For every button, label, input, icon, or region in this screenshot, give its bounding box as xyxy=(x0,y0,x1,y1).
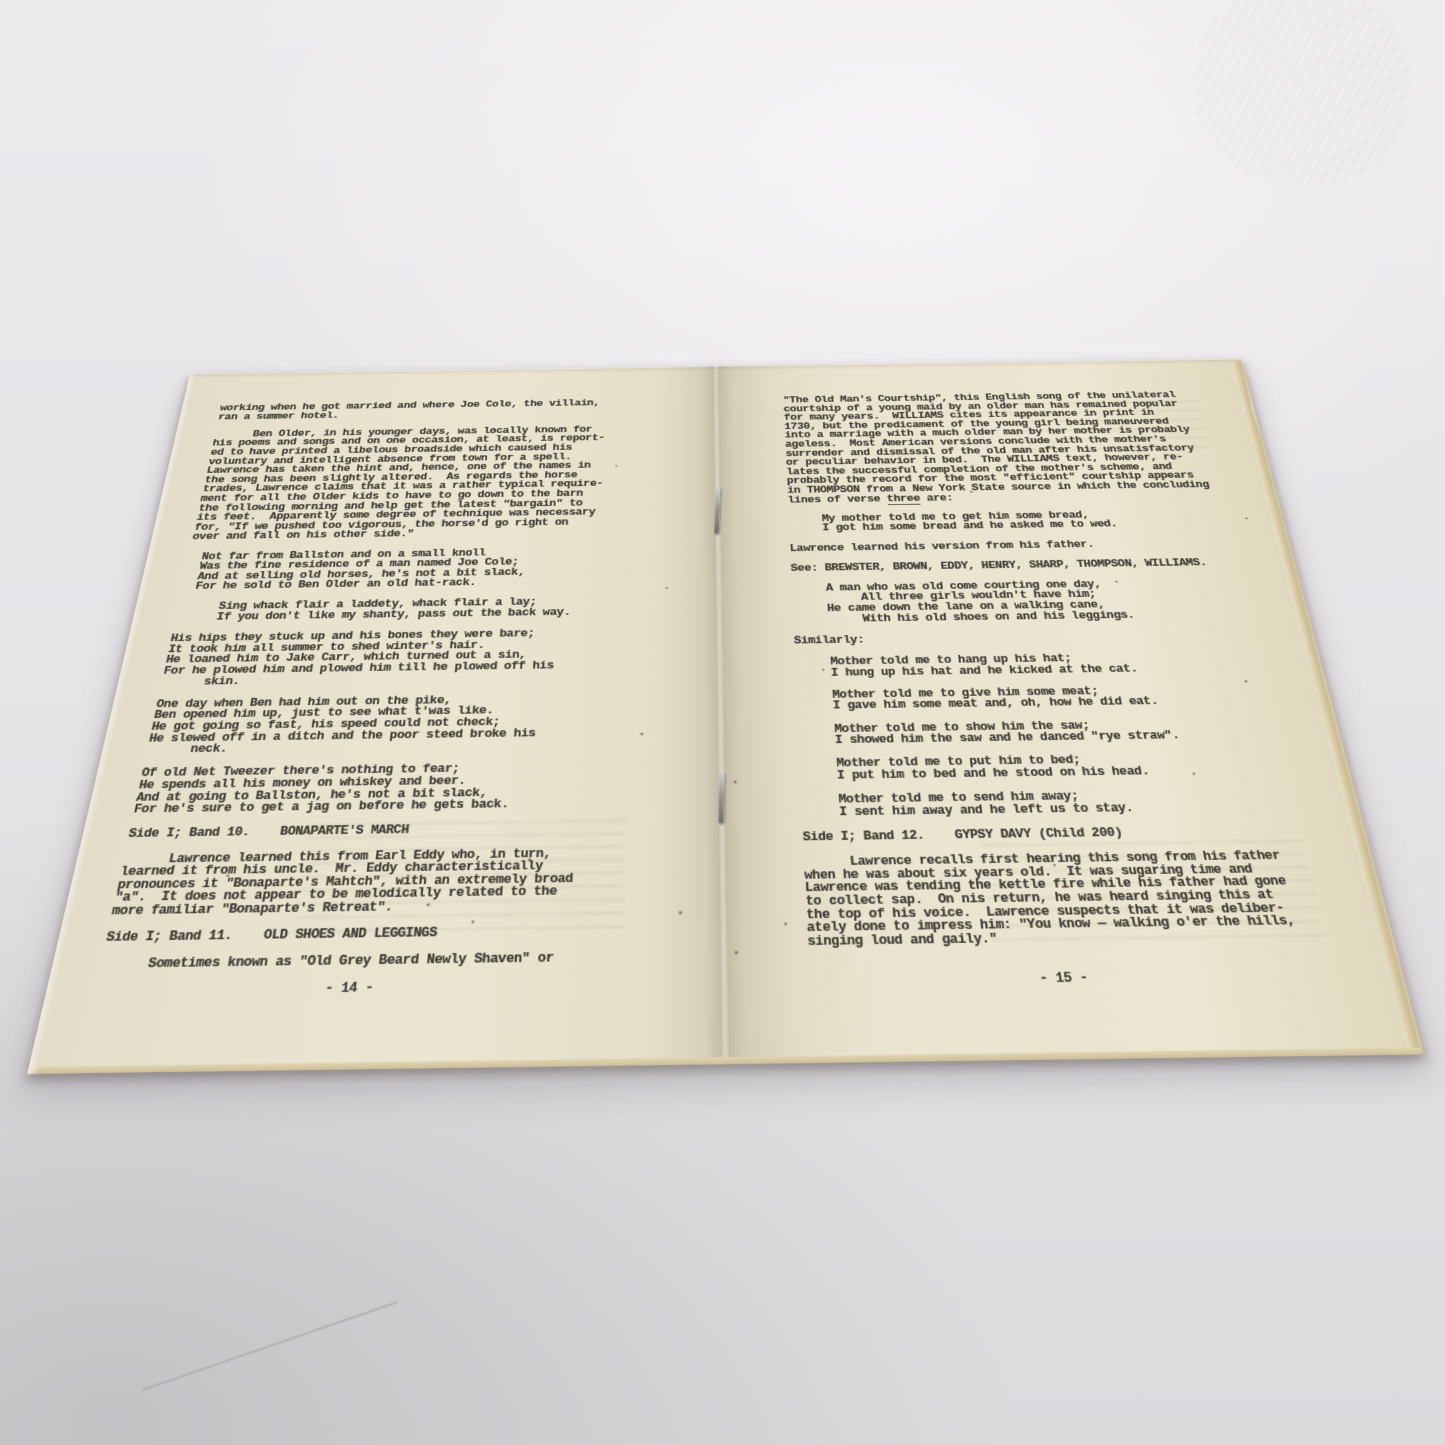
left-page-number: - 14 - xyxy=(93,977,604,1000)
right-page-text-part2: are: My mother told me to get him some b… xyxy=(788,492,1297,948)
open-booklet: working when he got married and where Jo… xyxy=(27,359,1424,1074)
right-page-text-part1: "The Old Man's Courtship", this English … xyxy=(783,390,1210,505)
underlined-word: three xyxy=(886,493,920,505)
right-page-number: - 15 - xyxy=(809,967,1320,990)
photo-scene: working when he got married and where Jo… xyxy=(0,0,1445,1445)
staple-bottom xyxy=(718,772,724,824)
